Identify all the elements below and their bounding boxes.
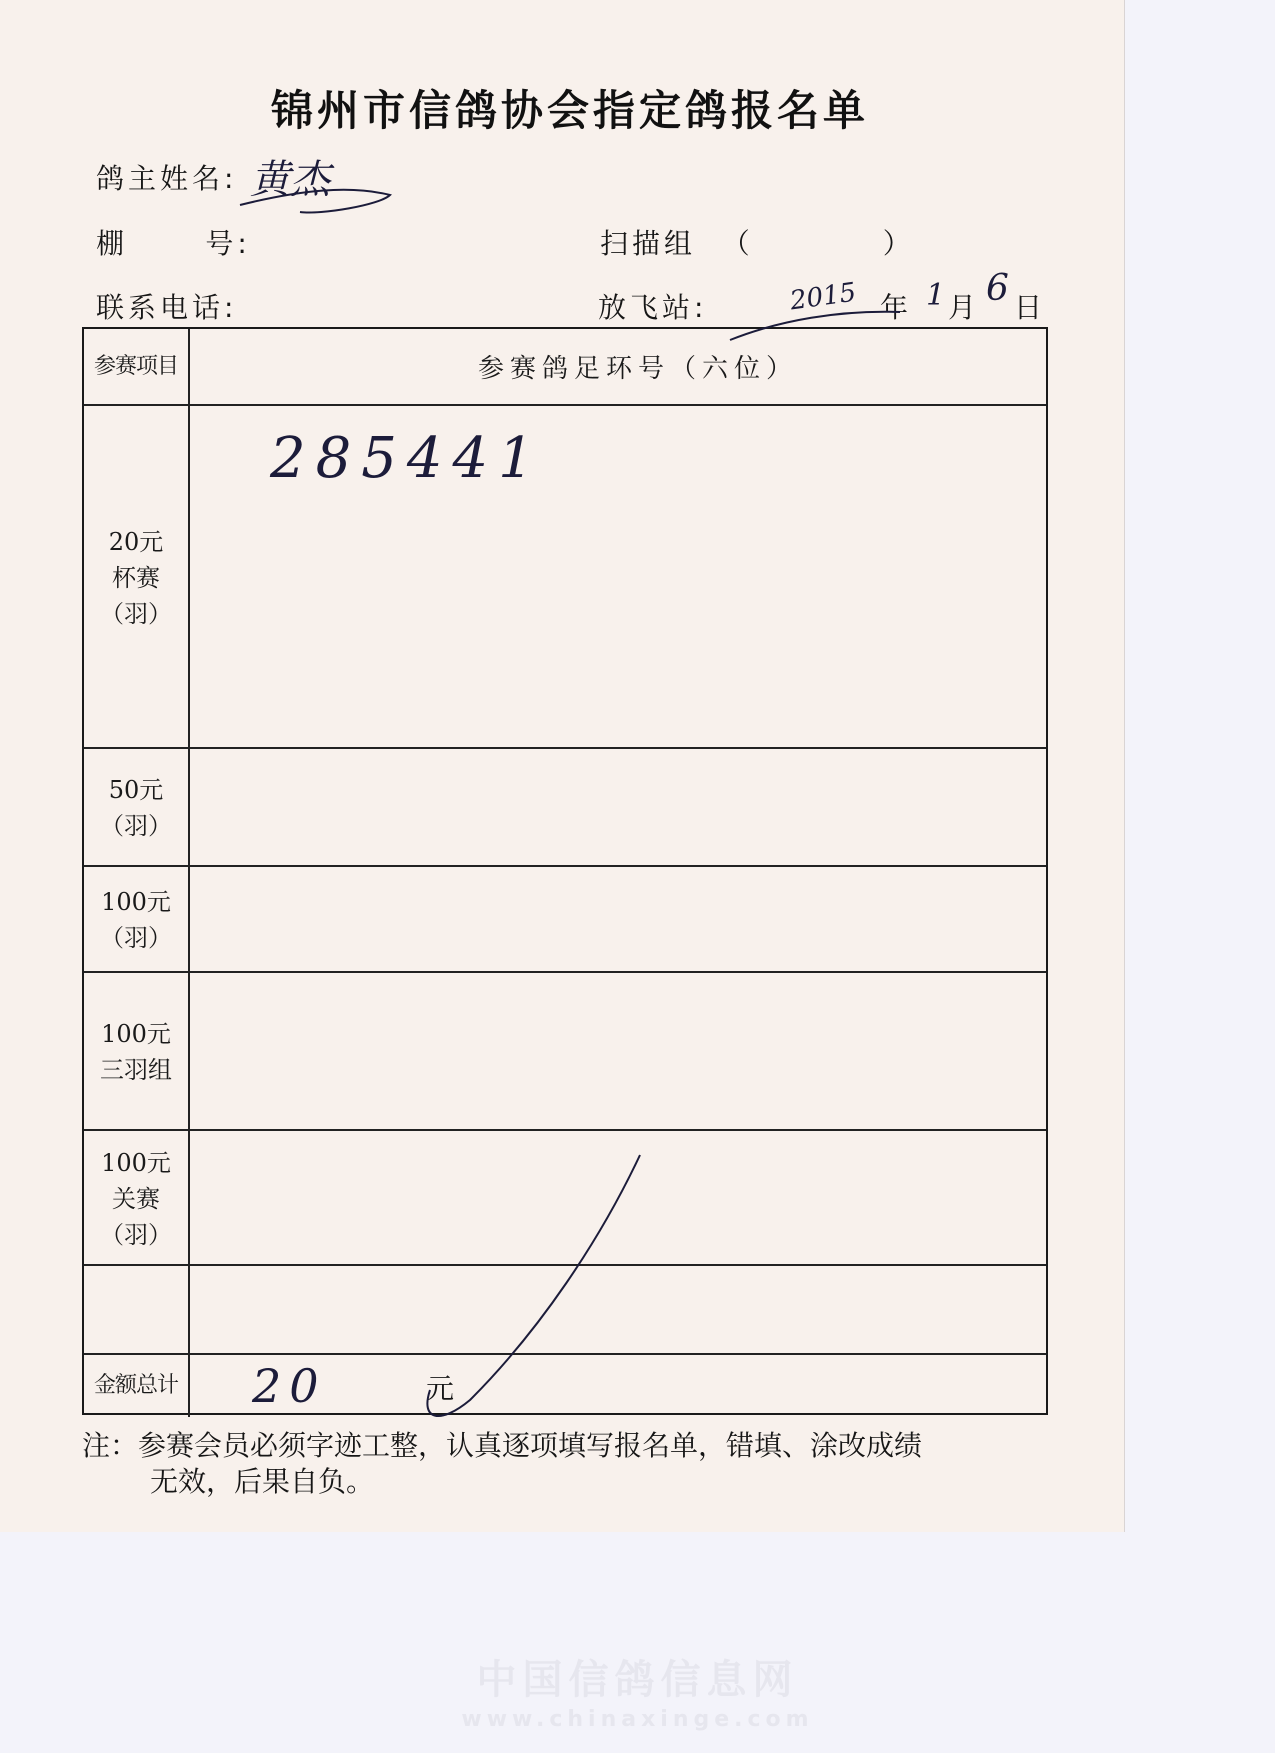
table-header-row: 参赛项目 参赛鸽足环号（六位） (84, 329, 1046, 404)
watermark-cn: 中国信鸽信息网 (0, 1648, 1275, 1705)
year-label: 年 (880, 286, 912, 326)
form-note: 注：参赛会员必须字迹工整，认真逐项填写报名单，错填、涂改成绩 无效，后果自负。 (82, 1428, 1062, 1500)
phone-label: 联系电话: (96, 286, 237, 326)
note-line-1: 注：参赛会员必须字迹工整，认真逐项填写报名单，错填、涂改成绩 (82, 1428, 1062, 1464)
category-line: （羽） (100, 596, 172, 632)
header-ring-number: 参赛鸽足环号（六位） (190, 329, 1046, 404)
ring-number-cell[interactable] (190, 867, 1046, 973)
watermark: 中国信鸽信息网 www.chinaxinge.com (0, 1648, 1275, 1732)
loft-number-label: 棚 号: (96, 222, 251, 262)
category-line: 100元 (101, 1145, 171, 1181)
ring-number-cell[interactable] (190, 749, 1046, 867)
table-row (84, 1264, 1046, 1355)
total-label: 金额总计 (84, 1355, 190, 1417)
table-row: 20元 杯赛 （羽） 285441 (84, 404, 1046, 749)
release-day-value[interactable]: 6 (986, 268, 1009, 309)
category-line: 100元 (101, 1016, 171, 1052)
category-line: 100元 (101, 884, 171, 920)
total-amount-value: 20 (252, 1359, 327, 1413)
registration-form-paper: 锦州市信鸽协会指定鸽报名单 鸽主姓名: 棚 号: 联系电话: 扫描组 （ ） 放… (0, 0, 1125, 1532)
category-line: 杯赛 (112, 560, 160, 596)
entry-table: 参赛项目 参赛鸽足环号（六位） 20元 杯赛 （羽） 285441 50元 （羽… (82, 327, 1048, 1415)
category-line: （羽） (100, 808, 172, 844)
watermark-url: www.chinaxinge.com (0, 1707, 1275, 1732)
owner-name-label: 鸽主姓名: (96, 157, 237, 197)
release-station-label: 放飞站: (598, 286, 707, 326)
table-row: 50元 （羽） (84, 747, 1046, 867)
ring-number-cell[interactable] (190, 1131, 1046, 1266)
category-blank (84, 1266, 190, 1355)
table-row: 100元 关赛 （羽） (84, 1129, 1046, 1266)
total-row: 金额总计 20 元 (84, 1353, 1046, 1417)
ring-number-value: 285441 (270, 426, 544, 491)
category-line: 50元 (109, 772, 164, 808)
category-100-gate-race: 100元 关赛 （羽） (84, 1131, 190, 1266)
category-100-three-group: 100元 三羽组 (84, 973, 190, 1131)
release-month-value[interactable]: 1 (926, 278, 945, 313)
category-50: 50元 （羽） (84, 749, 190, 867)
category-line: 关赛 (112, 1181, 160, 1217)
form-title: 锦州市信鸽协会指定鸽报名单 (0, 78, 1140, 138)
total-unit: 元 (426, 1367, 454, 1407)
scan-group-label: 扫描组 （ ） (600, 222, 915, 262)
table-row: 100元 （羽） (84, 865, 1046, 973)
day-label: 日 (1014, 286, 1046, 326)
category-line: 三羽组 (100, 1052, 172, 1088)
ring-number-cell[interactable] (190, 1266, 1046, 1355)
header-category: 参赛项目 (84, 329, 190, 404)
month-label: 月 (948, 286, 980, 326)
table-row: 100元 三羽组 (84, 971, 1046, 1131)
note-line-2: 无效，后果自负。 (82, 1464, 1062, 1500)
category-line: （羽） (100, 920, 172, 956)
category-line: （羽） (100, 1217, 172, 1253)
release-year-value[interactable]: 2015 (788, 278, 858, 317)
total-amount-cell[interactable]: 20 元 (190, 1355, 1046, 1417)
category-20-cup: 20元 杯赛 （羽） (84, 406, 190, 749)
category-100: 100元 （羽） (84, 867, 190, 973)
category-line: 20元 (109, 524, 164, 560)
ring-number-cell[interactable]: 285441 (190, 406, 1046, 749)
owner-name-value[interactable]: 黄杰 (250, 148, 330, 205)
ring-number-cell[interactable] (190, 973, 1046, 1131)
